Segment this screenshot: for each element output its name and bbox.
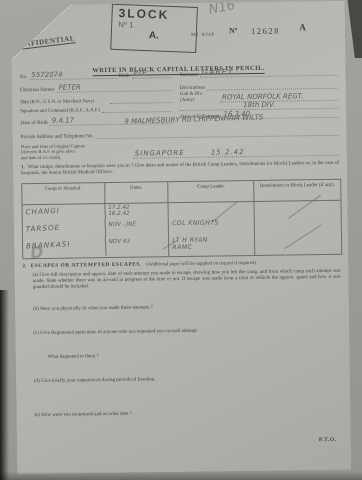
question-2-note: (Additional paper will be supplied on re… xyxy=(146,261,257,268)
question-2-heading: 2. ESCAPES OR ATTEMPTED ESCAPES. (Additi… xyxy=(22,259,340,269)
rank-value: PTE xyxy=(132,69,172,79)
question-2e: (e) How were you recaptured and on what … xyxy=(24,409,352,420)
block-leader-cell xyxy=(255,218,341,236)
birth-date-label: Date of Birth xyxy=(20,120,49,126)
block-number-stamp: 3LOCK Nº 1 A. xyxy=(110,4,198,53)
number-value: 5572074 xyxy=(29,70,119,80)
form-number-value: 12628 xyxy=(251,26,280,36)
squadron-row: Squadron and Command (R.A.F., A.A.F.) xyxy=(20,103,172,114)
rank-label: Rank xyxy=(119,73,132,79)
squadron-label: Squadron and Command (R.A.F., A.A.F.) xyxy=(20,108,102,114)
number-rank-row: No. 5572074 Rank PTE xyxy=(20,69,172,80)
table-row: BRANKASI NOV 43 LT H RYAN RAMC xyxy=(23,235,341,258)
capture-value-line: SINGAPORE 15.2.42 xyxy=(133,147,339,159)
pow-form-document: COPY Nº CONFIDENTIAL 3LOCK Nº 1 A. N16 M… xyxy=(11,1,352,475)
header-dates: Dates. xyxy=(105,182,169,203)
question-2d: (d) Give briefly your experiences during… xyxy=(24,375,352,386)
photo-shadow-left xyxy=(0,290,9,480)
header-camp-leader: Camp Leader. xyxy=(168,181,254,202)
question-2c: (c) Give Regimental particulars of anyon… xyxy=(23,327,351,338)
question-1-text: What camps, detachments or hospitals wer… xyxy=(21,161,339,177)
camps-table: Camp or Hospital. Dates. Camp Leader. De… xyxy=(21,179,342,259)
photo-background: COPY Nº CONFIDENTIAL 3LOCK Nº 1 A. N16 M… xyxy=(0,0,362,480)
camp-leader-cell xyxy=(169,202,255,220)
question-2c-followup: What happened to them ? xyxy=(24,350,362,361)
squadron-value xyxy=(102,111,172,113)
capture-date-value: 15.2.42 xyxy=(211,148,245,156)
address-line xyxy=(96,135,339,139)
address-row: Private Address and Telephone No. xyxy=(21,127,339,140)
capture-place-value: SINGAPORE xyxy=(135,149,185,158)
number-label: No. xyxy=(20,74,30,80)
form-series-letter: A xyxy=(299,23,306,33)
photo-shadow-bottom xyxy=(0,471,362,480)
surname-row: Surname GAREY xyxy=(180,67,338,78)
address-label: Private Address and Telephone No. xyxy=(21,133,96,140)
dates-cell: NOV 43 xyxy=(106,237,170,257)
pencil-scribble: D xyxy=(29,242,45,263)
form-number-label: Nº xyxy=(229,26,238,35)
surname-value: GAREY xyxy=(200,67,338,78)
question-2b: (b) Were you physically fit when you mad… xyxy=(23,303,351,314)
capture-label: Place and Date of Original Capture (Airc… xyxy=(21,143,133,161)
question-2a: (a) Give full description and approx. da… xyxy=(22,269,340,292)
header-camp-or-hospital: Camp or Hospital. xyxy=(22,183,105,204)
capture-label-line3: and date of a/c crash). xyxy=(21,154,62,160)
pto-label: P.T.O. xyxy=(319,437,337,443)
camp-leader-cell: LT H RYAN RAMC xyxy=(169,236,255,256)
question-2-number: 2. xyxy=(22,263,26,269)
pencil-annotation: N16 xyxy=(208,0,237,18)
dates-cell: 17.2.42 16.2.42 xyxy=(105,203,169,221)
mi9-department-label: M.I. 9/JAP. xyxy=(191,32,215,37)
question-1: 1.What camps, detachments or hospitals w… xyxy=(21,161,339,178)
photo-dark-corner xyxy=(344,0,362,58)
surname-label: Surname xyxy=(180,72,201,78)
dates-cell: NOV - JNE xyxy=(105,220,169,238)
question-2-title: ESCAPES OR ATTEMPTED ESCAPES. xyxy=(28,262,145,270)
capture-row: Place and Date of Original Capture (Airc… xyxy=(21,140,339,161)
confidential-stamp: COPY Nº CONFIDENTIAL xyxy=(13,28,76,50)
header-block-leader: Detachment or Block Leader (if any). xyxy=(254,180,340,201)
